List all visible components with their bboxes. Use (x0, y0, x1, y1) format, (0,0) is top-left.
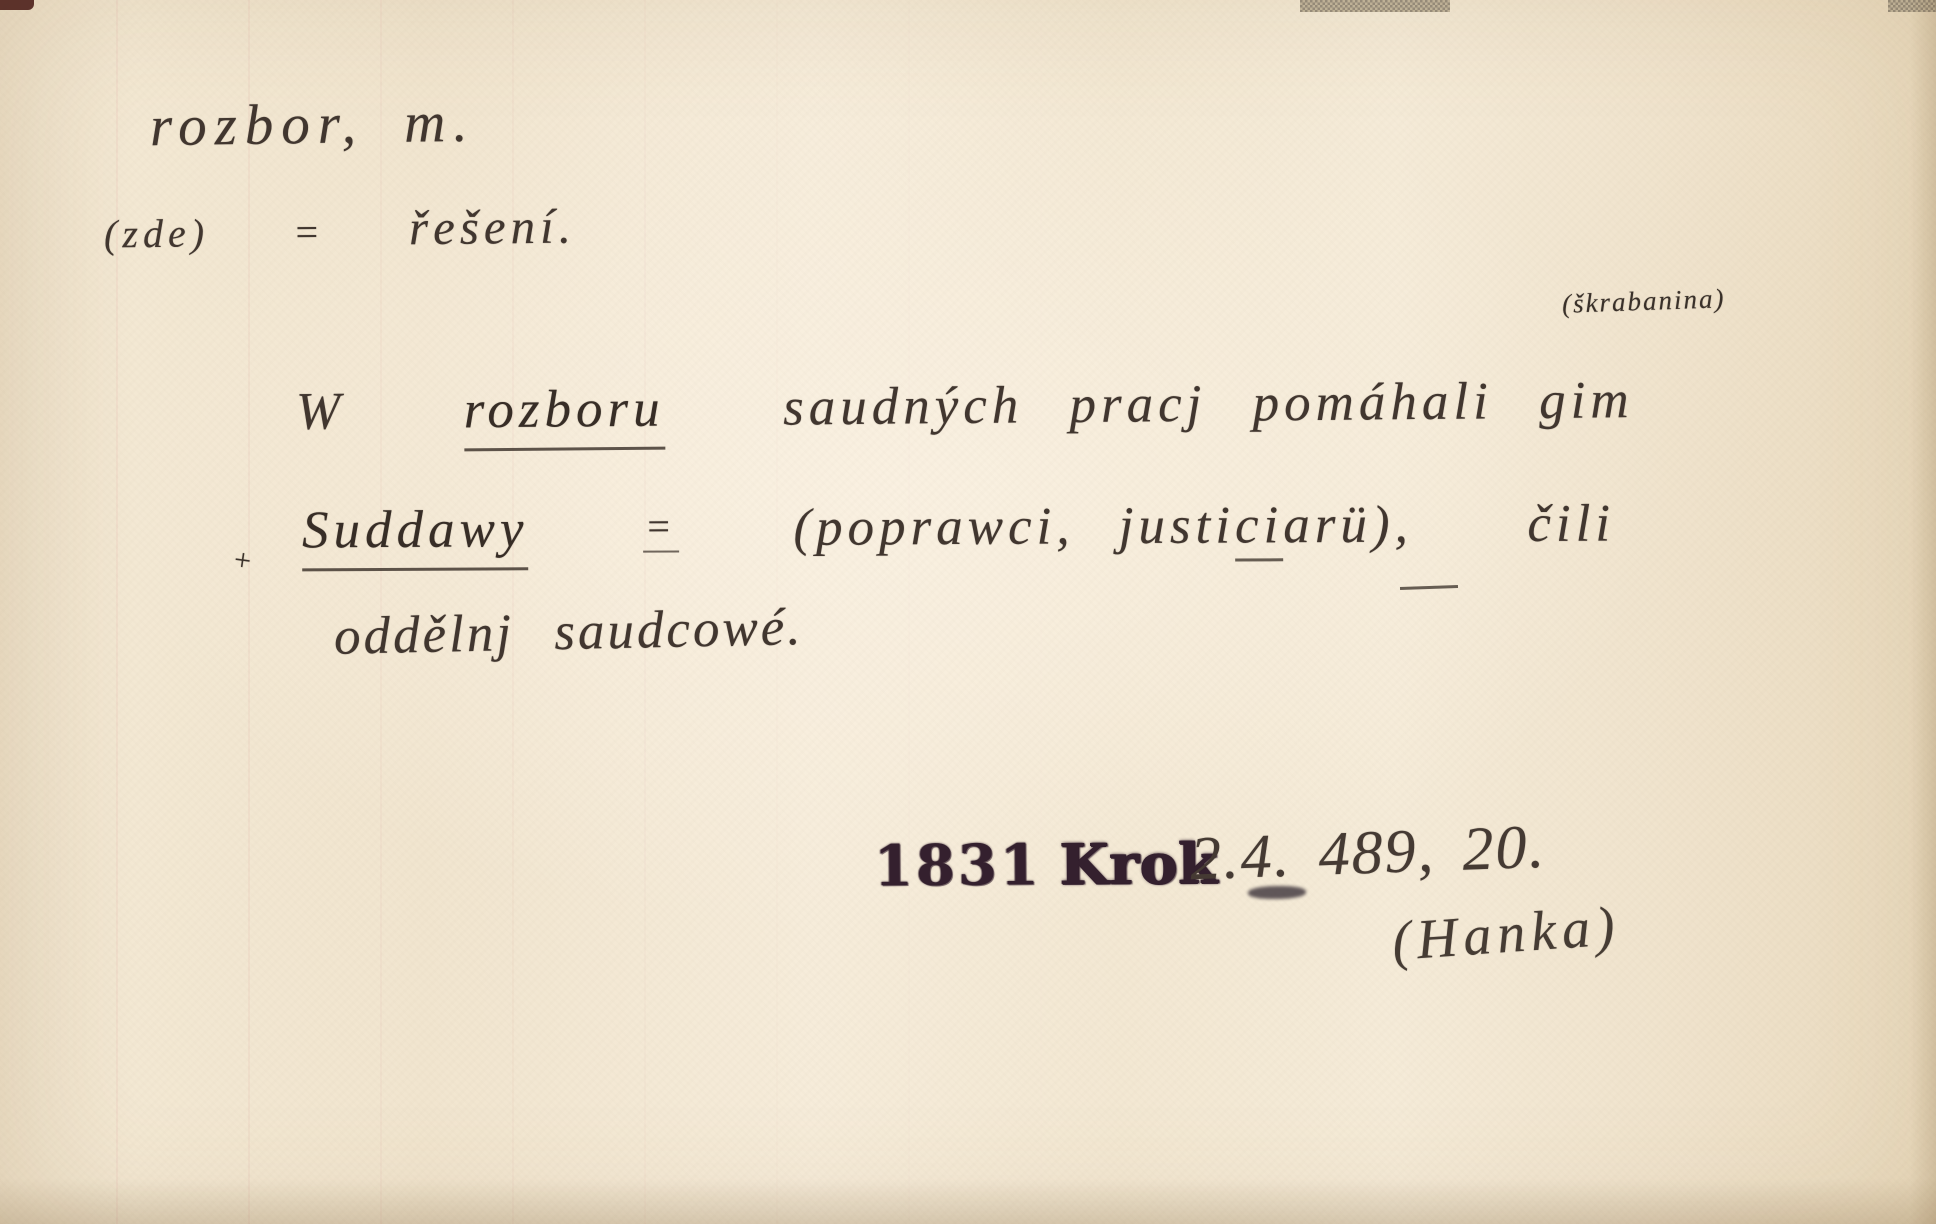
quote-word: W (296, 382, 346, 440)
gloss-equals: = (293, 209, 325, 254)
quote-word-cili: čili (1527, 495, 1615, 553)
quote-line-1: W rozboru saudných pracj pomáhali gim (296, 370, 1634, 442)
ink-smudge (1248, 886, 1306, 899)
paper-grain (0, 0, 1936, 1224)
red-corner-blot (0, 0, 34, 10)
underline-dash (1400, 585, 1458, 590)
gloss-line: (zde) = řešení. (104, 198, 577, 260)
headword-text: rozbor, m. (150, 91, 476, 159)
date-source-stamp: 1831Krok (874, 831, 1219, 899)
margin-note: (škrabanina) (1562, 283, 1726, 320)
quote-paren: ), (1372, 496, 1413, 554)
gloss-right: řešení. (409, 199, 577, 256)
stamp-year: 1831 (874, 832, 1042, 899)
reference-mark: = (643, 503, 679, 552)
underlined-letters-ci: ci (1235, 496, 1284, 561)
quote-text: saudných pracj pomáhali gim (783, 371, 1634, 436)
right-shadow (1910, 0, 1936, 1224)
headword: rozbor, m. (150, 90, 476, 160)
quote-text: arü (1283, 496, 1372, 554)
scanned-excerpt-slip: rozbor, m. (zde) = řešení. (škrabanina) … (0, 0, 1936, 1224)
editorial-plus-mark: + (232, 543, 253, 579)
gloss-left: (zde) (104, 210, 209, 256)
scan-top-edge (0, 0, 1936, 13)
citation-numbers: 2.4. 489, 20. (1189, 812, 1547, 895)
quote-text: oddělnj saudcowé. (333, 598, 804, 666)
bottom-shadow (0, 1178, 1936, 1224)
quote-line-2: Suddawy = (poprawci, justiciarü), čili (302, 494, 1615, 561)
quote-line-3: oddělnj saudcowé. (333, 597, 804, 667)
underlined-word-suddawy: Suddawy (302, 500, 529, 571)
underlined-word-rozboru: rozboru (463, 380, 665, 452)
quote-text: (poprawci, justi (793, 497, 1235, 557)
margin-note-text: (škrabanina) (1562, 283, 1726, 319)
attribution: (Hanka) (1390, 894, 1623, 974)
